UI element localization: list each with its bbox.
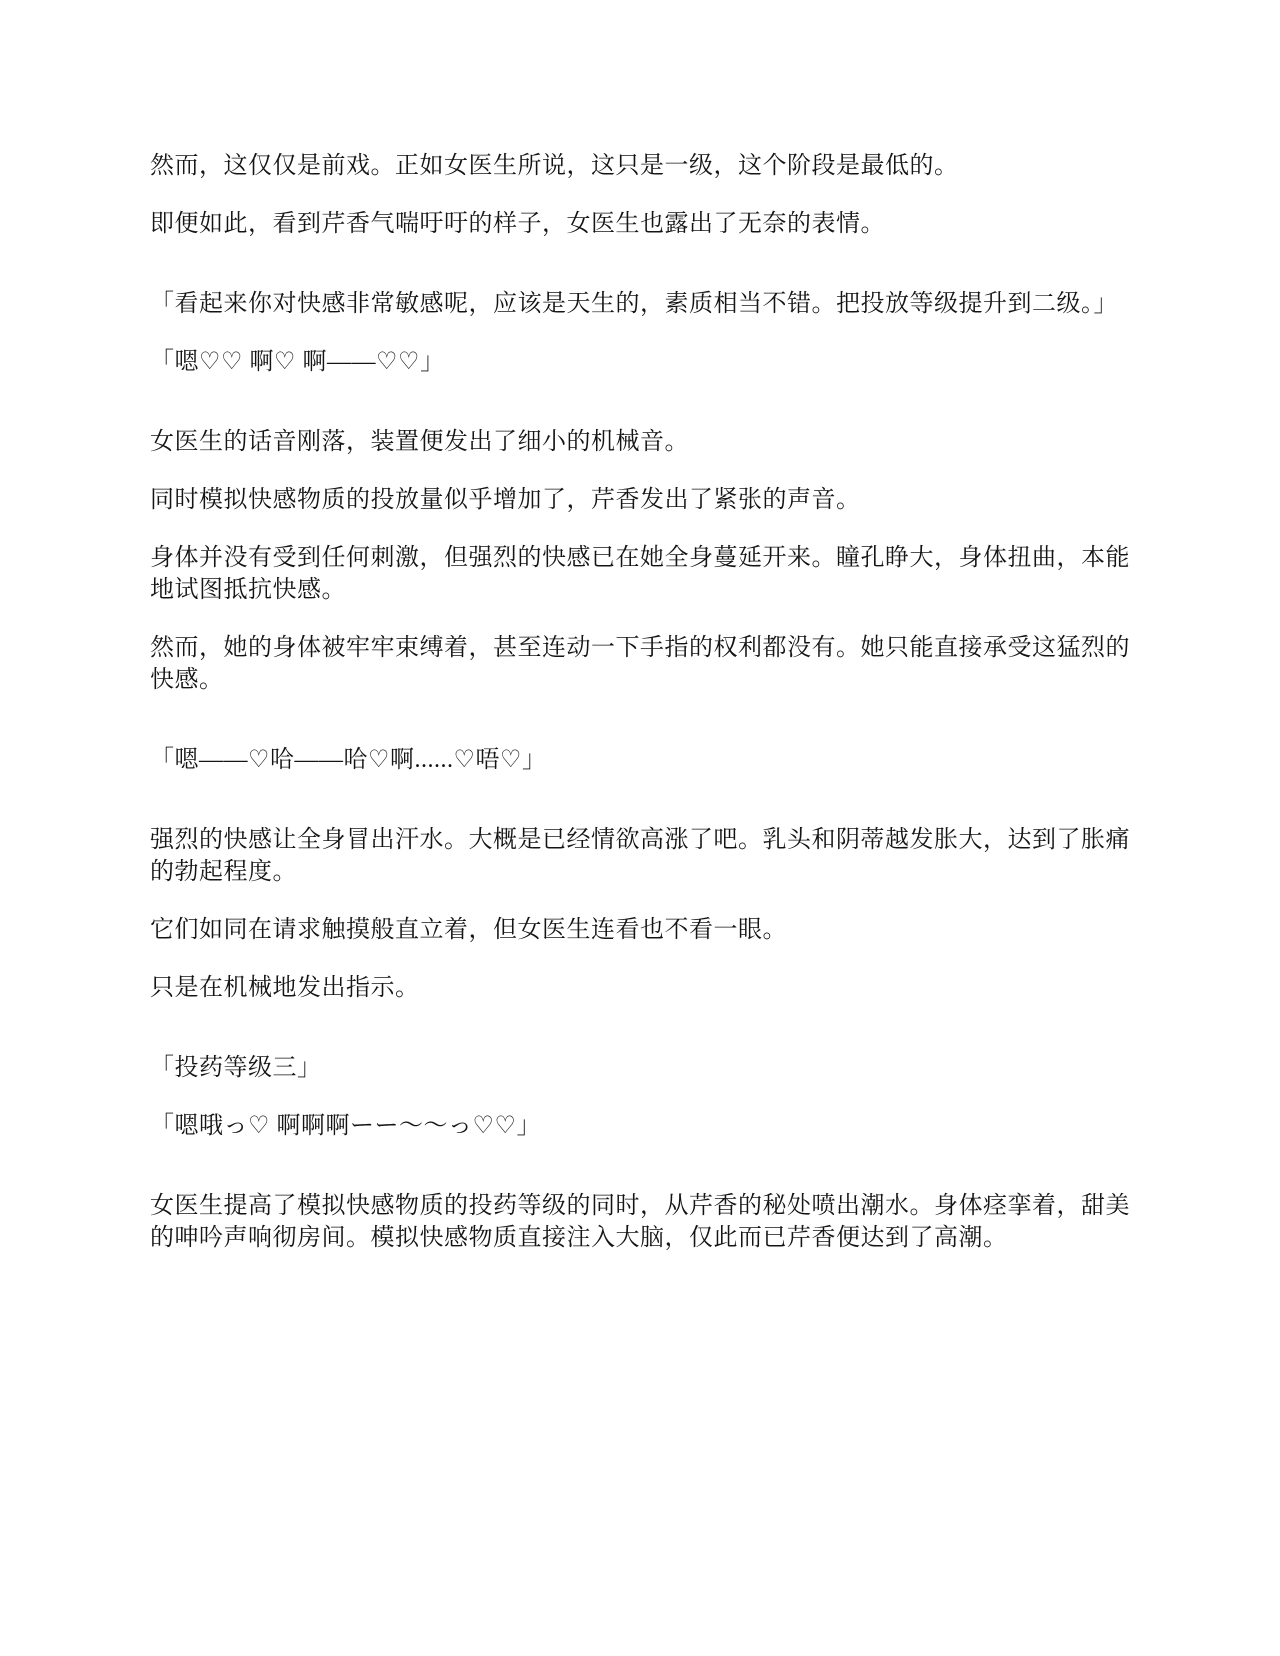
narration-paragraph: 只是在机械地发出指示。 <box>150 972 1135 1004</box>
narration-paragraph: 身体并没有受到任何刺激，但强烈的快感已在她全身蔓延开来。瞳孔睁大，身体扭曲，本能… <box>150 542 1135 606</box>
dialogue-paragraph: 「嗯♡♡ 啊♡ 啊——♡♡」 <box>150 346 1135 378</box>
narration-paragraph: 女医生的话音刚落，装置便发出了细小的机械音。 <box>150 426 1135 458</box>
narration-paragraph: 然而，她的身体被牢牢束缚着，甚至连动一下手指的权利都没有。她只能直接承受这猛烈的… <box>150 632 1135 696</box>
dialogue-paragraph: 「投药等级三」 <box>150 1052 1135 1084</box>
dialogue-paragraph: 「嗯哦っ♡ 啊啊啊ーー～～っ♡♡」 <box>150 1110 1135 1142</box>
dialogue-paragraph: 「嗯——♡哈——哈♡啊......♡唔♡」 <box>150 744 1135 776</box>
narration-paragraph: 然而，这仅仅是前戏。正如女医生所说，这只是一级，这个阶段是最低的。 <box>150 150 1135 182</box>
narration-paragraph: 同时模拟快感物质的投放量似乎增加了，芹香发出了紧张的声音。 <box>150 484 1135 516</box>
narration-paragraph: 强烈的快感让全身冒出汗水。大概是已经情欲高涨了吧。乳头和阴蒂越发胀大，达到了胀痛… <box>150 824 1135 888</box>
narration-paragraph: 女医生提高了模拟快感物质的投药等级的同时，从芹香的秘处喷出潮水。身体痉挛着，甜美… <box>150 1190 1135 1254</box>
narration-paragraph: 即便如此，看到芹香气喘吁吁的样子，女医生也露出了无奈的表情。 <box>150 208 1135 240</box>
narration-paragraph: 它们如同在请求触摸般直立着，但女医生连看也不看一眼。 <box>150 914 1135 946</box>
dialogue-paragraph: 「看起来你对快感非常敏感呢，应该是天生的，素质相当不错。把投放等级提升到二级。」 <box>150 288 1135 320</box>
document-page: 然而，这仅仅是前戏。正如女医生所说，这只是一级，这个阶段是最低的。 即便如此，看… <box>0 0 1280 1254</box>
